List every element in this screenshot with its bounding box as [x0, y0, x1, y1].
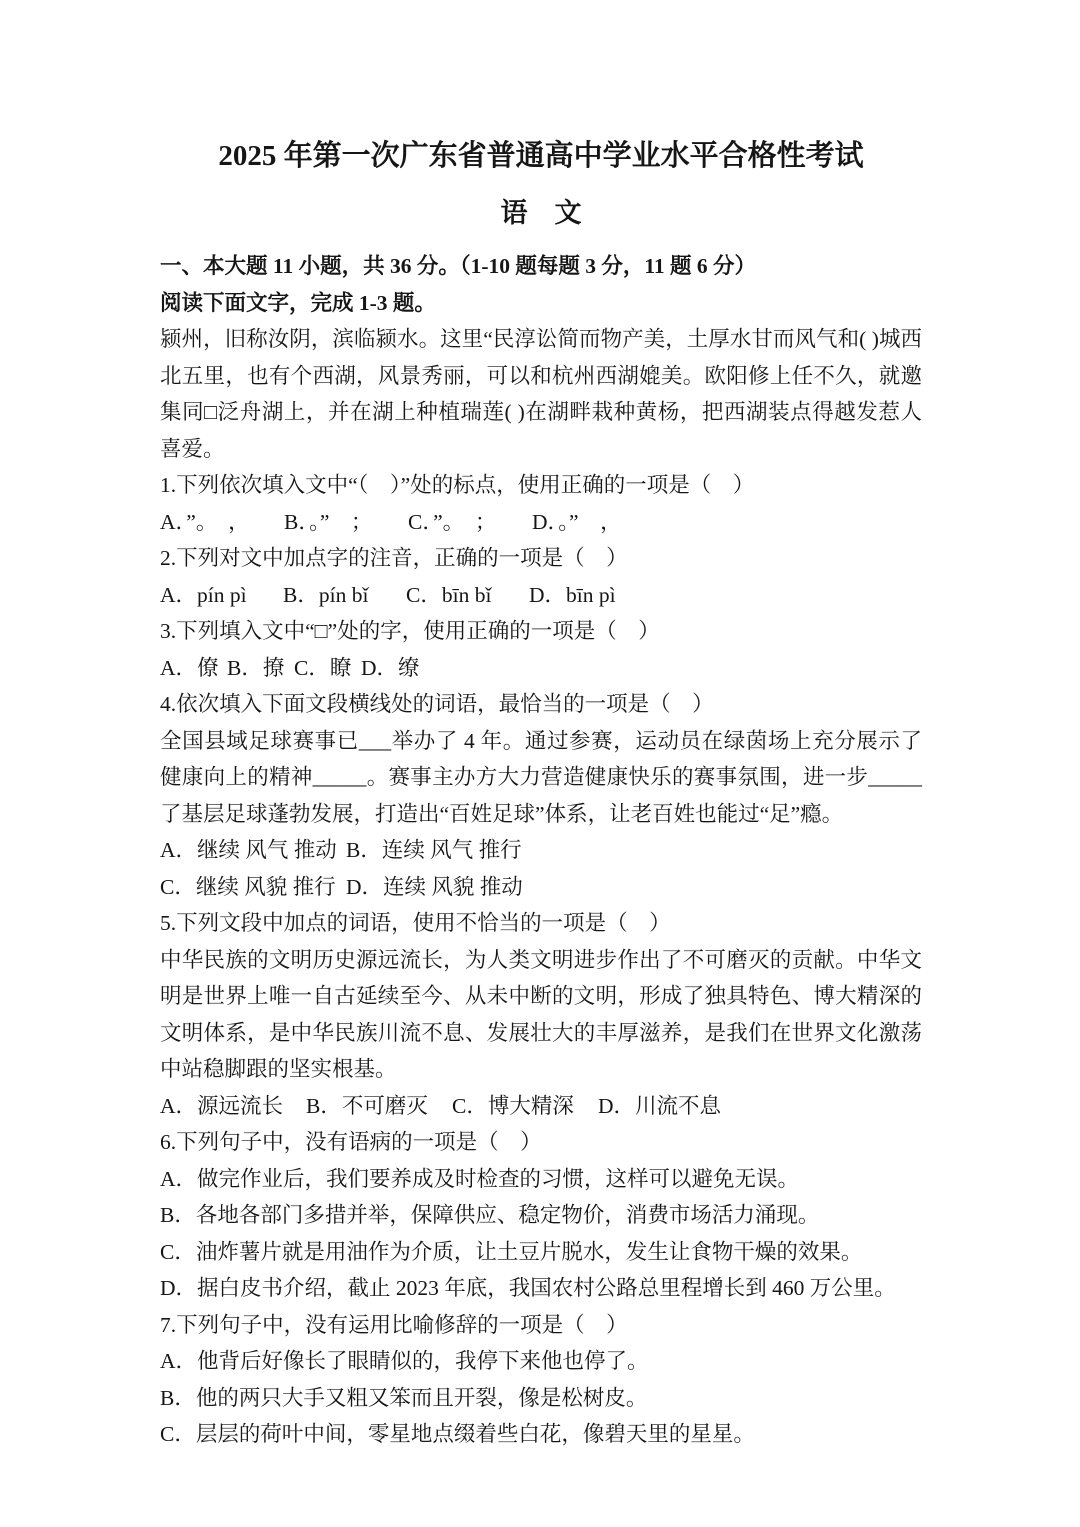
q5-stem: 5.下列文段中加点的词语，使用不恰当的一项是（ ） — [160, 905, 922, 942]
section-heading: 一、本大题 11 小题，共 36 分。（1-10 题每题 3 分，11 题 6 … — [160, 248, 922, 285]
q1-stem: 1.下列依次填入文中“（ ）”处的标点，使用正确的一项是（ ） — [160, 467, 922, 504]
q2-option-d: D．bīn pì — [529, 577, 652, 614]
q3-options: A．僚 B．撩 C．瞭 D．缭 — [160, 650, 922, 687]
q5-option-b: B．不可磨灭 — [306, 1088, 452, 1125]
q3-stem: 3.下列填入文中“□”处的字，使用正确的一项是（ ） — [160, 613, 922, 650]
q4-option-c: C．继续 风貌 推行 — [160, 869, 346, 906]
passage-1: 颍州，旧称汝阴，滨临颍水。这里“民淳讼简而物产美，土厚水甘而风气和( )城西北五… — [160, 321, 922, 467]
q2-stem: 2.下列对文中加点字的注音，正确的一项是（ ） — [160, 540, 922, 577]
q2-option-b: B．pín bǐ — [283, 577, 406, 614]
q1-option-b: B．。” ； — [284, 504, 408, 541]
q7-option-c: C．层层的荷叶中间，零星地点缀着些白花，像碧天里的星星。 — [160, 1416, 922, 1453]
q7-stem: 7.下列句子中，没有运用比喻修辞的一项是（ ） — [160, 1307, 922, 1344]
q1-option-c: C．”。 ； — [408, 504, 532, 541]
q6-option-b: B．各地各部门多措并举，保障供应、稳定物价，消费市场活力涌现。 — [160, 1197, 922, 1234]
q2-options: A．pín pì B．pín bǐ C．bīn bǐ D．bīn pì — [160, 577, 922, 614]
q6-stem: 6.下列句子中，没有语病的一项是（ ） — [160, 1124, 922, 1161]
q5-option-d: D．川流不息 — [598, 1088, 744, 1125]
q3-option-c: C．瞭 — [294, 650, 361, 687]
exam-page: 2025 年第一次广东省普通高中学业水平合格性考试 语 文 一、本大题 11 小… — [0, 0, 1080, 1527]
reading-instruction: 阅读下面文字，完成 1-3 题。 — [160, 285, 922, 322]
q4-option-b: B．连续 风气 推行 — [346, 832, 522, 869]
q4-options-row-2: C．继续 风貌 推行 D．连续 风貌 推动 — [160, 869, 922, 906]
q4-passage: 全国县域足球赛事已___举办了 4 年。通过参赛，运动员在绿茵场上充分展示了健康… — [160, 723, 922, 833]
q6-option-a: A．做完作业后，我们要养成及时检查的习惯，这样可以避免无误。 — [160, 1161, 922, 1198]
q6-option-d: D．据白皮书介绍，截止 2023 年底，我国农村公路总里程增长到 460 万公里… — [160, 1270, 922, 1307]
q3-option-a: A．僚 — [160, 650, 227, 687]
q3-option-d: D．缭 — [361, 650, 428, 687]
q3-option-b: B．撩 — [227, 650, 294, 687]
q6-option-c: C．油炸薯片就是用油作为介质，让土豆片脱水，发生让食物干燥的效果。 — [160, 1234, 922, 1271]
q7-option-b: B．他的两只大手又粗又笨而且开裂，像是松树皮。 — [160, 1380, 922, 1417]
exam-subject: 语 文 — [160, 193, 922, 233]
exam-title: 2025 年第一次广东省普通高中学业水平合格性考试 — [160, 136, 922, 176]
q1-option-d: D．。” ， — [532, 504, 656, 541]
q7-option-a: A．他背后好像长了眼睛似的，我停下来他也停了。 — [160, 1343, 922, 1380]
q4-option-d: D．连续 风貌 推动 — [346, 869, 523, 906]
q5-option-a: A．源远流长 — [160, 1088, 306, 1125]
q5-options: A．源远流长 B．不可磨灭 C．博大精深 D．川流不息 — [160, 1088, 922, 1125]
q1-option-a: A．”。 ， — [160, 504, 284, 541]
q5-passage: 中华民族的文明历史源远流长，为人类文明进步作出了不可磨灭的贡献。中华文明是世界上… — [160, 942, 922, 1088]
q2-option-c: C．bīn bǐ — [406, 577, 529, 614]
q4-stem: 4.依次填入下面文段横线处的词语，最恰当的一项是（ ） — [160, 686, 922, 723]
q2-option-a: A．pín pì — [160, 577, 283, 614]
q1-options: A．”。 ， B．。” ； C．”。 ； D．。” ， — [160, 504, 922, 541]
q4-options-row-1: A．继续 风气 推动 B．连续 风气 推行 — [160, 832, 922, 869]
q5-option-c: C．博大精深 — [452, 1088, 598, 1125]
q4-option-a: A．继续 风气 推动 — [160, 832, 346, 869]
